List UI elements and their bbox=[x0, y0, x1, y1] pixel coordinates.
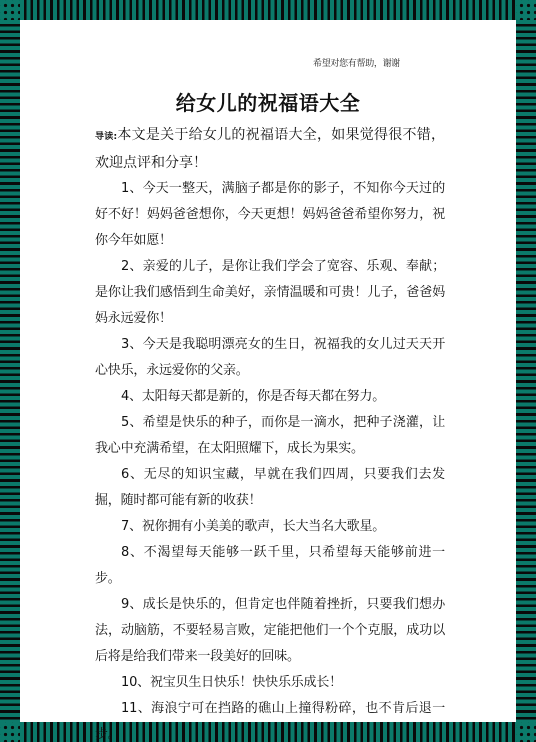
blessing-item-7: 7、祝你拥有小美美的歌声，长大当名大歌星。 bbox=[95, 514, 445, 540]
blessing-item-8: 8、不渴望每天能够一跃千里，只希望每天能够前进一步。 bbox=[95, 540, 445, 592]
blessing-item-5: 5、希望是快乐的种子，而你是一滴水，把种子浇灌，让我心中充满希望，在太阳照耀下，… bbox=[95, 410, 445, 462]
blessing-item-10: 10、祝宝贝生日快乐！快快乐乐成长！ bbox=[95, 670, 445, 696]
intro-label: 导读: bbox=[95, 132, 117, 142]
decorative-border-top bbox=[0, 0, 536, 20]
blessing-item-4: 4、太阳每天都是新的，你是否每天都在努力。 bbox=[95, 384, 445, 410]
document-body: 导读:本文是关于给女儿的祝福语大全，如果觉得很不错，欢迎点评和分享！ 1、今天一… bbox=[95, 122, 445, 742]
intro-paragraph: 导读:本文是关于给女儿的祝福语大全，如果觉得很不错，欢迎点评和分享！ bbox=[95, 122, 445, 176]
header-note: 希望对您有帮助，谢谢 bbox=[313, 56, 400, 69]
blessing-item-9: 9、成长是快乐的，但肯定也伴随着挫折，只要我们想办法，动脑筋，不要轻易言败，定能… bbox=[95, 592, 445, 670]
document-page: 希望对您有帮助，谢谢 给女儿的祝福语大全 导读:本文是关于给女儿的祝福语大全，如… bbox=[20, 20, 516, 722]
blessing-item-6: 6、无尽的知识宝藏，早就在我们四周，只要我们去发掘，随时都可能有新的收获！ bbox=[95, 462, 445, 514]
border-corner-top-left bbox=[0, 0, 20, 20]
intro-text: 本文是关于给女儿的祝福语大全，如果觉得很不错，欢迎点评和分享！ bbox=[95, 127, 445, 171]
decorative-border-left bbox=[0, 0, 20, 742]
blessing-item-3: 3、今天是我聪明漂亮女的生日，祝福我的女儿过天天开心快乐，永远爱你的父亲。 bbox=[95, 332, 445, 384]
blessing-item-1: 1、今天一整天，满脑子都是你的影子，不知你今天过的好不好！妈妈爸爸想你，今天更想… bbox=[95, 176, 445, 254]
border-corner-top-right bbox=[516, 0, 536, 20]
border-corner-bottom-left bbox=[0, 722, 20, 742]
document-title: 给女儿的祝福语大全 bbox=[20, 87, 516, 116]
decorative-border-right bbox=[516, 0, 536, 742]
blessing-item-11: 11、海浪宁可在挡路的礁山上撞得粉碎，也不肯后退一步。 bbox=[95, 696, 445, 742]
border-corner-bottom-right bbox=[516, 722, 536, 742]
blessing-item-2: 2、亲爱的儿子，是你让我们学会了宽容、乐观、奉献；是你让我们感悟到生命美好，亲情… bbox=[95, 254, 445, 332]
